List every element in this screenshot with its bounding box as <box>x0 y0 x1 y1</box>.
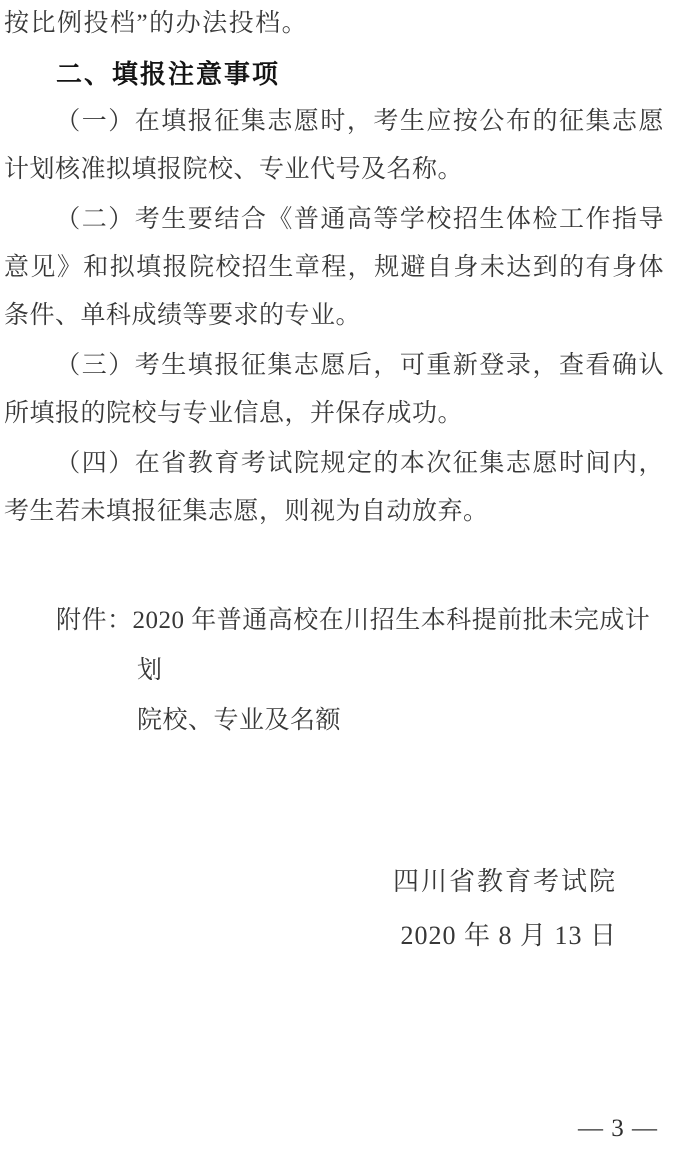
body-paragraph-3: （三）考生填报征集志愿后，可重新登录，查看确认所填报的院校与专业信息，并保存成功… <box>4 342 664 438</box>
attachment-title-line1: 2020 年普通高校在川招生本科提前批未完成计划 <box>133 607 651 684</box>
body-paragraph-1: （一）在填报征集志愿时，考生应按公布的征集志愿计划核准拟填报院校、专业代号及名称… <box>4 98 664 194</box>
attachment-note: 附件：2020 年普通高校在川招生本科提前批未完成计划 院校、专业及名额 <box>4 596 664 746</box>
attachment-label: 附件： <box>56 607 133 634</box>
section-heading: 二、填报注意事项 <box>4 52 664 96</box>
attachment-title-line2: 院校、专业及名额 <box>137 707 341 734</box>
continuation-line: 按比例投档”的办法投档。 <box>4 2 664 46</box>
signature-block: 四川省教育考试院 2020 年 8 月 13 日 <box>4 858 664 960</box>
issue-date: 2020 年 8 月 13 日 <box>4 912 617 960</box>
page-number: — 3 — <box>578 1115 658 1143</box>
document-page: 按比例投档”的办法投档。 二、填报注意事项 （一）在填报征集志愿时，考生应按公布… <box>0 0 680 1153</box>
issuing-authority: 四川省教育考试院 <box>4 858 617 906</box>
body-paragraph-2: （二）考生要结合《普通高等学校招生体检工作指导意见》和拟填报院校招生章程，规避自… <box>4 196 664 340</box>
body-paragraph-4: （四）在省教育考试院规定的本次征集志愿时间内，考生若未填报征集志愿，则视为自动放… <box>4 440 664 536</box>
